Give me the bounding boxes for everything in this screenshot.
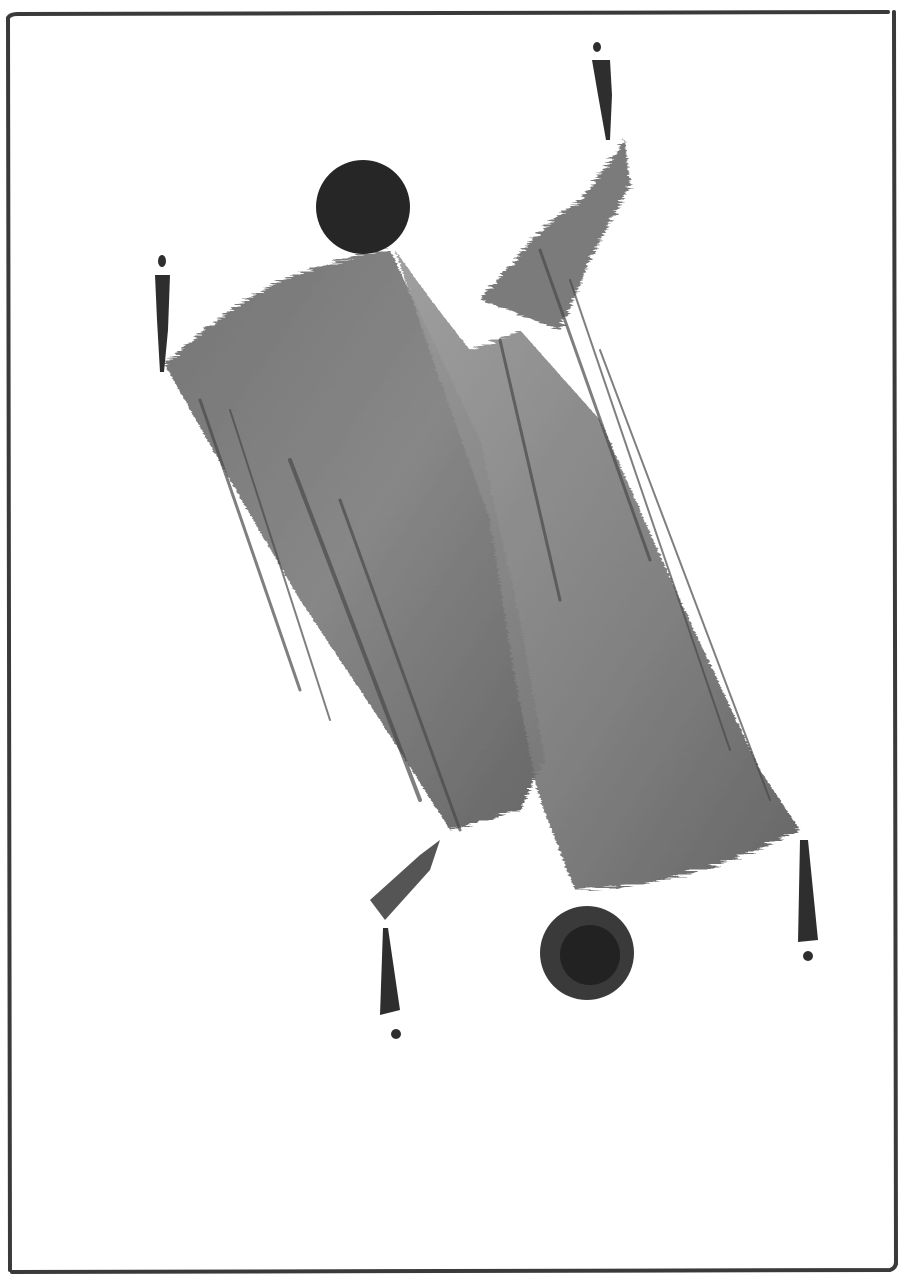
bottom-left-branch xyxy=(370,840,440,920)
figure-bottom-left xyxy=(380,928,401,1039)
lower-circle-core xyxy=(560,925,620,985)
ink-painting xyxy=(0,0,908,1280)
figure-top-left xyxy=(155,255,170,372)
upper-circle xyxy=(316,160,410,254)
figure-bottom-right xyxy=(798,840,818,961)
figure-top-right xyxy=(592,42,612,140)
